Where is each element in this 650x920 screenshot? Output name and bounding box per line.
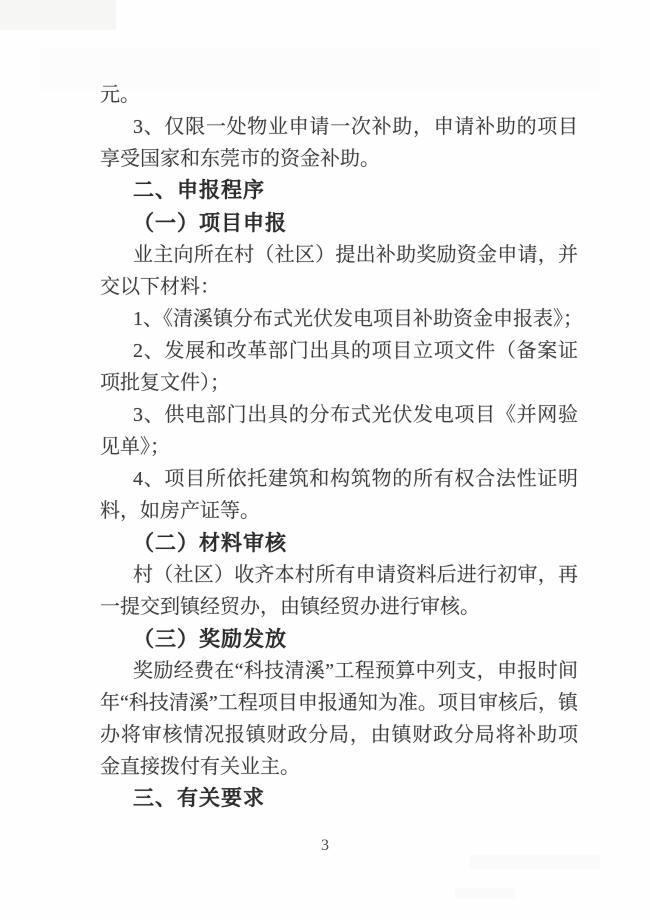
subsection-heading: （一）项目申报: [100, 207, 578, 239]
body-line: 办将审核情况报镇财政分局，由镇财政分局将补助项目资: [100, 719, 578, 751]
body-line: 金直接拨付有关业主。: [100, 751, 578, 783]
body-line: 享受国家和东莞市的资金补助。: [100, 143, 578, 175]
body-line: 一提交到镇经贸办，由镇经贸办进行审核。: [100, 591, 578, 623]
body-line: 料，如房产证等。: [100, 495, 578, 527]
body-line: 元。: [100, 79, 578, 111]
section-heading: 二、申报程序: [100, 175, 578, 207]
body-line: 村（社区）收齐本村所有申请资料后进行初审，再统: [100, 559, 578, 591]
subsection-heading: （二）材料审核: [100, 527, 578, 559]
scan-artifact: [455, 888, 515, 898]
scan-artifact: [470, 855, 600, 869]
body-line: 奖励经费在“科技清溪”工程预算中列支，申报时间以当: [100, 655, 578, 687]
subsection-heading: （三）奖励发放: [100, 623, 578, 655]
body-line: 项批复文件）；: [100, 367, 578, 399]
body-line: 3、仅限一处物业申请一次补助，申请补助的项目同时: [100, 111, 578, 143]
page-number: 3: [0, 836, 650, 856]
body-line: 年“科技清溪”工程项目申报通知为准。项目审核后，镇经贸: [100, 687, 578, 719]
body-line: 4、项目所依托建筑和构筑物的所有权合法性证明材: [100, 463, 578, 495]
scan-artifact: [0, 0, 116, 30]
body-line: 3、供电部门出具的分布式光伏发电项目《并网验收意: [100, 399, 578, 431]
section-heading: 三、有关要求: [100, 783, 578, 815]
body-line: 1、《清溪镇分布式光伏发电项目补助资金申报表》；: [100, 303, 578, 335]
body-line: 交以下材料：: [100, 271, 578, 303]
document-text-block: 元。 3、仅限一处物业申请一次补助，申请补助的项目同时 享受国家和东莞市的资金补…: [100, 79, 578, 815]
body-line: 2、发展和改革部门出具的项目立项文件（备案证或立: [100, 335, 578, 367]
document-page: 元。 3、仅限一处物业申请一次补助，申请补助的项目同时 享受国家和东莞市的资金补…: [0, 0, 650, 920]
body-line: 业主向所在村（社区）提出补助奖励资金申请，并提: [100, 239, 578, 271]
body-line: 见单》；: [100, 431, 578, 463]
